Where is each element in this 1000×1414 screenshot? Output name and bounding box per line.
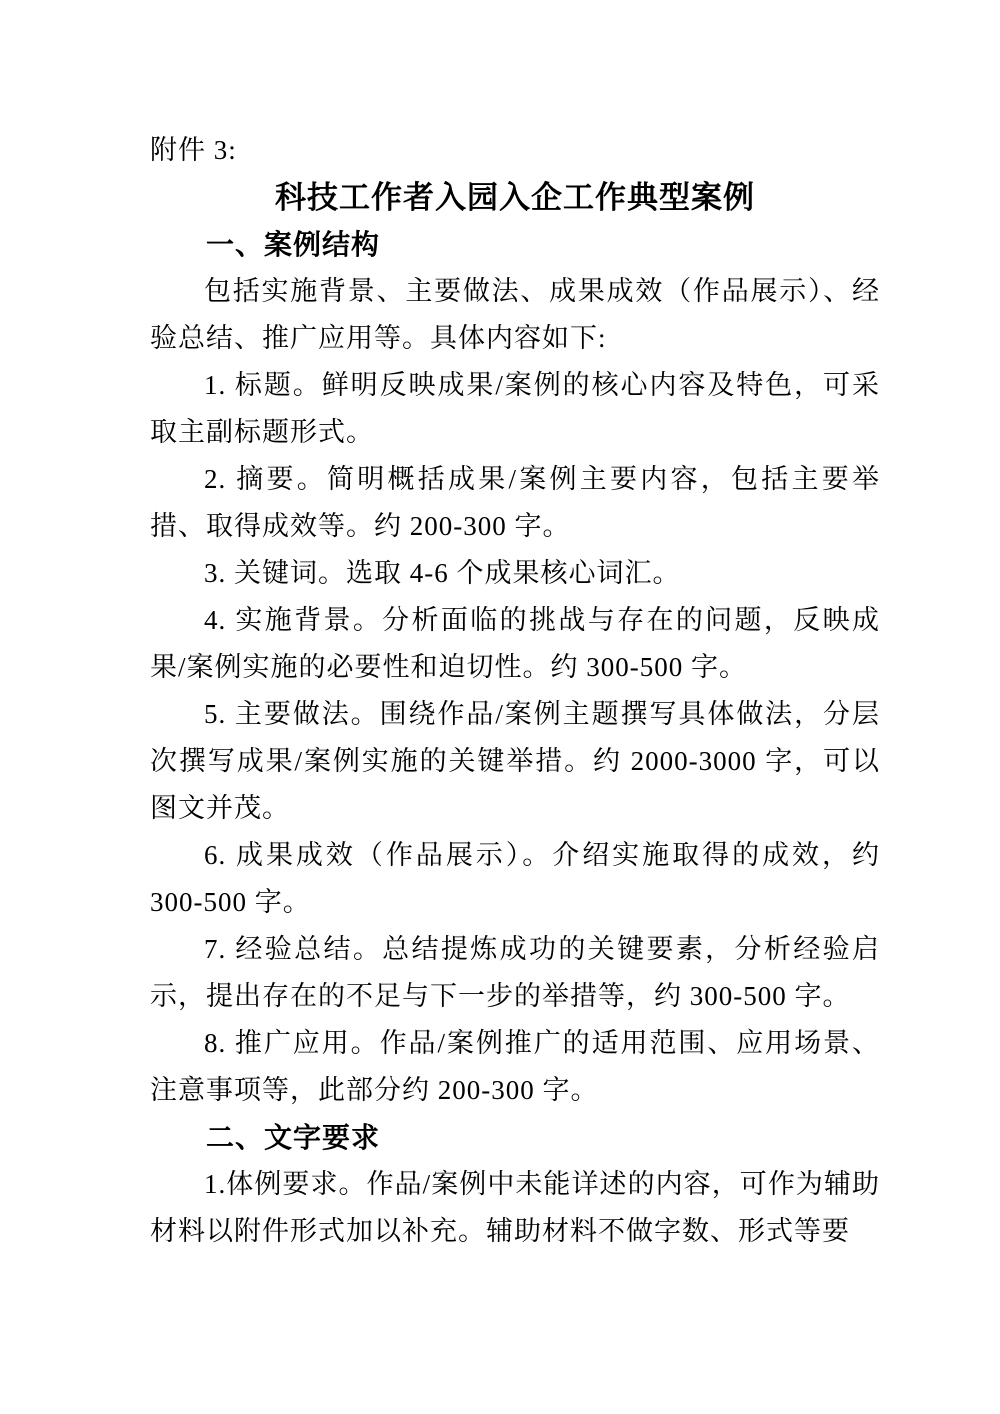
section-heading-case-structure: 一、案例结构 (150, 221, 880, 268)
attachment-label: 附件 3: (150, 127, 880, 174)
document-title: 科技工作者入园入企工作典型案例 (150, 174, 880, 221)
paragraph-intro: 包括实施背景、主要做法、成果成效（作品展示）、经验总结、推广应用等。具体内容如下… (150, 268, 880, 362)
paragraph-item-8-promotion: 8. 推广应用。作品/案例推广的适用范围、应用场景、注意事项等，此部分约 200… (150, 1020, 880, 1114)
section-case-structure: 一、案例结构 包括实施背景、主要做法、成果成效（作品展示）、经验总结、推广应用等… (150, 221, 880, 1114)
paragraph-item-1-title: 1. 标题。鲜明反映成果/案例的核心内容及特色，可采取主副标题形式。 (150, 362, 880, 456)
section-text-requirements: 二、文字要求 1.体例要求。作品/案例中未能详述的内容，可作为辅助材料以附件形式… (150, 1114, 880, 1255)
paragraph-item-7-experience: 7. 经验总结。总结提炼成功的关键要素，分析经验启示，提出存在的不足与下一步的举… (150, 926, 880, 1020)
paragraph-item-5-main-practices: 5. 主要做法。围绕作品/案例主题撰写具体做法，分层次撰写成果/案例实施的关键举… (150, 691, 880, 832)
paragraph-item-4-background: 4. 实施背景。分析面临的挑战与存在的问题，反映成果/案例实施的必要性和迫切性。… (150, 597, 880, 691)
paragraph-item-3-keywords: 3. 关键词。选取 4-6 个成果核心词汇。 (150, 550, 880, 597)
paragraph-item-6-results: 6. 成果成效（作品展示）。介绍实施取得的成效，约 300-500 字。 (150, 832, 880, 926)
paragraph-item-2-abstract: 2. 摘要。简明概括成果/案例主要内容，包括主要举措、取得成效等。约 200-3… (150, 456, 880, 550)
section-heading-text-requirements: 二、文字要求 (150, 1114, 880, 1161)
paragraph-style-requirements: 1.体例要求。作品/案例中未能详述的内容，可作为辅助材料以附件形式加以补充。辅助… (150, 1161, 880, 1255)
document-body: 附件 3: 科技工作者入园入企工作典型案例 一、案例结构 包括实施背景、主要做法… (150, 127, 880, 1255)
document-page: 附件 3: 科技工作者入园入企工作典型案例 一、案例结构 包括实施背景、主要做法… (0, 0, 1000, 1414)
